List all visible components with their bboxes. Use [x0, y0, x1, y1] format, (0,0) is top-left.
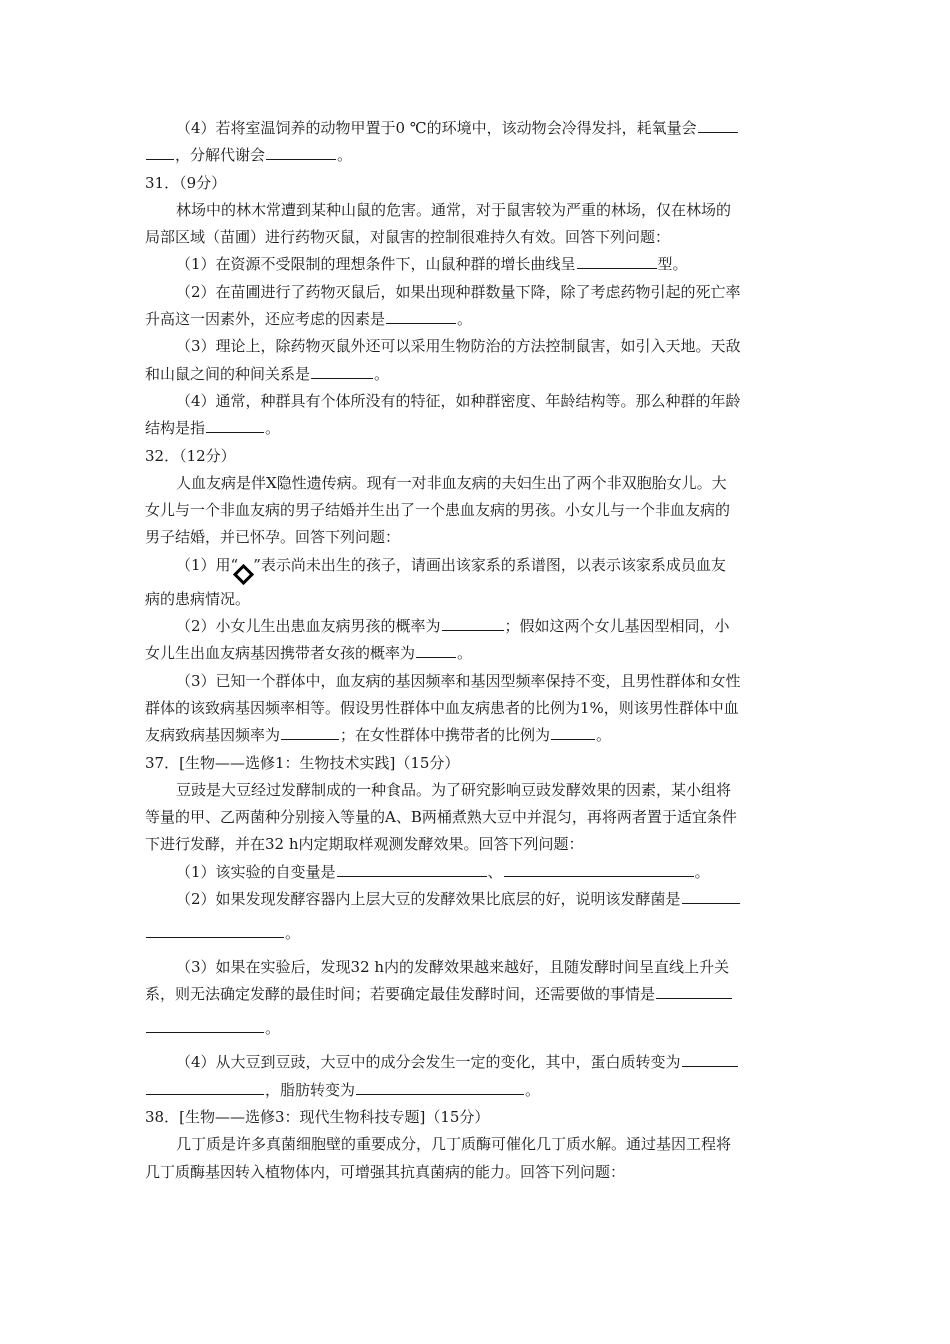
q32-part2-line1: （2）小女儿生出患血友病男孩的概率为；假如这两个女儿基因型相同，小 — [145, 613, 805, 640]
answer-blank[interactable] — [386, 307, 456, 324]
text: （2）如果发现发酵容器内上层大豆的发酵效果比底层的好，说明该发酵菌是 — [176, 890, 681, 908]
q32-header: 32．（12分） — [145, 443, 805, 470]
text: ，分解代谢会 — [175, 146, 265, 164]
text: （4）从大豆到豆豉，大豆中的成分会发生一定的变化，其中，蛋白质转变为 — [176, 1053, 681, 1071]
answer-blank[interactable] — [442, 614, 504, 631]
answer-blank[interactable] — [146, 921, 284, 938]
text: ；假如这两个女儿基因型相同，小 — [505, 617, 730, 635]
answer-blank[interactable] — [356, 1078, 524, 1095]
q37-intro-line3: 下进行发酵，并在32 h内定期取样观测发酵效果。回答下列问题： — [145, 831, 805, 858]
q37-part3-line3: 。 — [145, 1015, 805, 1049]
text: ”表示尚未出生的孩子，请画出该家系的系谱图，以表示该家系成员血友 — [253, 556, 726, 574]
q37-part4-line1: （4）从大豆到豆豉，大豆中的成分会发生一定的变化，其中，蛋白质转变为 — [145, 1049, 805, 1076]
q31-part4-line2: 结构是指。 — [145, 415, 805, 442]
answer-blank[interactable] — [281, 723, 339, 740]
q31-part3-line2: 和山鼠之间的种间关系是。 — [145, 361, 805, 388]
text: 升高这一因素外，还应考虑的因素是 — [145, 310, 385, 328]
q37-part1: （1）该实验的自变量是、。 — [145, 859, 805, 886]
answer-blank[interactable] — [551, 723, 595, 740]
q32-part1-line2: 病的患病情况。 — [145, 586, 805, 613]
answer-blank[interactable] — [656, 982, 732, 999]
answer-blank[interactable] — [577, 252, 657, 269]
q30-part4-line1: （4）若将室温饲养的动物甲置于0 ℃的环境中，该动物会冷得发抖，耗氧量会 — [145, 115, 805, 142]
text: 。 — [265, 419, 280, 437]
q30-part4-line2: ，分解代谢会。 — [145, 142, 805, 169]
q31-part2-line1: （2）在苗圃进行了药物灭鼠后，如果出现种群数量下降，除了考虑药物引起的死亡率 — [145, 279, 805, 306]
q37-intro-line2: 等量的甲、乙两菌种分别接入等量的A、B两桶煮熟大豆中并混匀，再将两者置于适宜条件 — [145, 804, 805, 831]
q38-header: 38．[生物——选修3：现代生物科技专题]（15分） — [145, 1104, 805, 1131]
answer-blank[interactable] — [698, 116, 738, 133]
text: 。 — [457, 644, 472, 662]
q37-header: 37．[生物——选修1：生物技术实践]（15分） — [145, 750, 805, 777]
answer-blank[interactable] — [146, 1078, 264, 1095]
q37-part3-line1: （3）如果在实验后，发现32 h内的发酵效果越来越好，且随发酵时间呈直线上升关 — [145, 954, 805, 981]
answer-blank[interactable] — [682, 887, 740, 904]
q32-part2-line2: 女儿生出血友病基因携带者女孩的概率为。 — [145, 640, 805, 667]
q31-part1: （1）在资源不受限制的理想条件下，山鼠种群的增长曲线呈型。 — [145, 251, 805, 278]
q38-intro-line1: 几丁质是许多真菌细胞壁的重要成分，几丁质酶可催化几丁质水解。通过基因工程将 — [145, 1131, 805, 1158]
q37-part2-line1: （2）如果发现发酵容器内上层大豆的发酵效果比底层的好，说明该发酵菌是 — [145, 886, 805, 920]
answer-blank[interactable] — [311, 362, 373, 379]
text: 、 — [488, 863, 503, 881]
answer-blank[interactable] — [146, 1016, 264, 1033]
text: ；在女性群体中携带者的比例为 — [340, 726, 550, 744]
answer-blank[interactable] — [146, 143, 174, 160]
answer-blank[interactable] — [266, 143, 336, 160]
text: （1）用“ — [176, 556, 238, 574]
q31-part4-line1: （4）通常，种群具有个体所没有的特征，如种群密度、年龄结构等。那么种群的年龄 — [145, 388, 805, 415]
exam-page: （4）若将室温饲养的动物甲置于0 ℃的环境中，该动物会冷得发抖，耗氧量会 ，分解… — [145, 115, 805, 1186]
q37-part4-line2: ，脂肪转变为。 — [145, 1077, 805, 1104]
text: 。 — [457, 310, 472, 328]
q32-part1-line1: （1）用“”表示尚未出生的孩子，请画出该家系的系谱图，以表示该家系成员血友 — [145, 552, 805, 586]
q32-intro-line1: 人血友病是伴X隐性遗传病。现有一对非血友病的夫妇生出了两个非双胞胎女儿。大 — [145, 470, 805, 497]
q32-part3-line3: 友病致病基因频率为；在女性群体中携带者的比例为。 — [145, 722, 805, 749]
text: 和山鼠之间的种间关系是 — [145, 365, 310, 383]
text: 。 — [265, 1019, 280, 1037]
text: （4）若将室温饲养的动物甲置于0 ℃的环境中，该动物会冷得发抖，耗氧量会 — [176, 119, 697, 137]
q31-header: 31．（9分） — [145, 170, 805, 197]
text: 。 — [695, 863, 710, 881]
q31-intro-line2: 局部区域（苗圃）进行药物灭鼠，对鼠害的控制很难持久有效。回答下列问题： — [145, 224, 805, 251]
answer-blank[interactable] — [416, 641, 456, 658]
text: 。 — [525, 1081, 540, 1099]
text: 系，则无法确定发酵的最佳时间；若要确定最佳发酵时间，还需要做的事情是 — [145, 985, 655, 1003]
q32-part3-line1: （3）已知一个群体中，血友病的基因频率和基因型频率保持不变，且男性群体和女性 — [145, 668, 805, 695]
text: （2）小女儿生出患血友病男孩的概率为 — [176, 617, 441, 635]
text: 。 — [337, 146, 352, 164]
q38-intro-line2: 几丁质酶基因转入植物体内，可增强其抗真菌病的能力。回答下列问题： — [145, 1159, 805, 1186]
text: （1）该实验的自变量是 — [176, 863, 336, 881]
text: 。 — [596, 726, 611, 744]
q31-part3-line1: （3）理论上，除药物灭鼠外还可以采用生物防治的方法控制鼠害，如引入天地。天敌 — [145, 333, 805, 360]
q37-part2-line2: 。 — [145, 920, 805, 954]
answer-blank[interactable] — [682, 1050, 738, 1067]
text: 。 — [285, 924, 300, 942]
q32-intro-line3: 男子结婚，并已怀孕。回答下列问题： — [145, 524, 805, 551]
text: 。 — [374, 365, 389, 383]
answer-blank[interactable] — [504, 860, 694, 877]
text: 结构是指 — [145, 419, 205, 437]
q31-intro-line1: 林场中的林木常遭到某种山鼠的危害。通常，对于鼠害较为严重的林场，仅在林场的 — [145, 197, 805, 224]
q37-intro-line1: 豆豉是大豆经过发酵制成的一种食品。为了研究影响豆豉发酵效果的因素，某小组将 — [145, 777, 805, 804]
q37-part3-line2: 系，则无法确定发酵的最佳时间；若要确定最佳发酵时间，还需要做的事情是 — [145, 981, 805, 1015]
text: 女儿生出血友病基因携带者女孩的概率为 — [145, 644, 415, 662]
answer-blank[interactable] — [337, 860, 487, 877]
text: 友病致病基因频率为 — [145, 726, 280, 744]
q32-intro-line2: 女儿与一个非血友病的男子结婚并生出了一个患血友病的男孩。小女儿与一个非血友病的 — [145, 497, 805, 524]
text: （1）在资源不受限制的理想条件下，山鼠种群的增长曲线呈 — [176, 255, 576, 273]
answer-blank[interactable] — [206, 416, 264, 433]
text: ，脂肪转变为 — [265, 1081, 355, 1099]
text: 型。 — [658, 255, 688, 273]
q32-part3-line2: 群体的该致病基因频率相等。假设男性群体中血友病患者的比例为1%，则该男性群体中血 — [145, 695, 805, 722]
q31-part2-line2: 升高这一因素外，还应考虑的因素是。 — [145, 306, 805, 333]
